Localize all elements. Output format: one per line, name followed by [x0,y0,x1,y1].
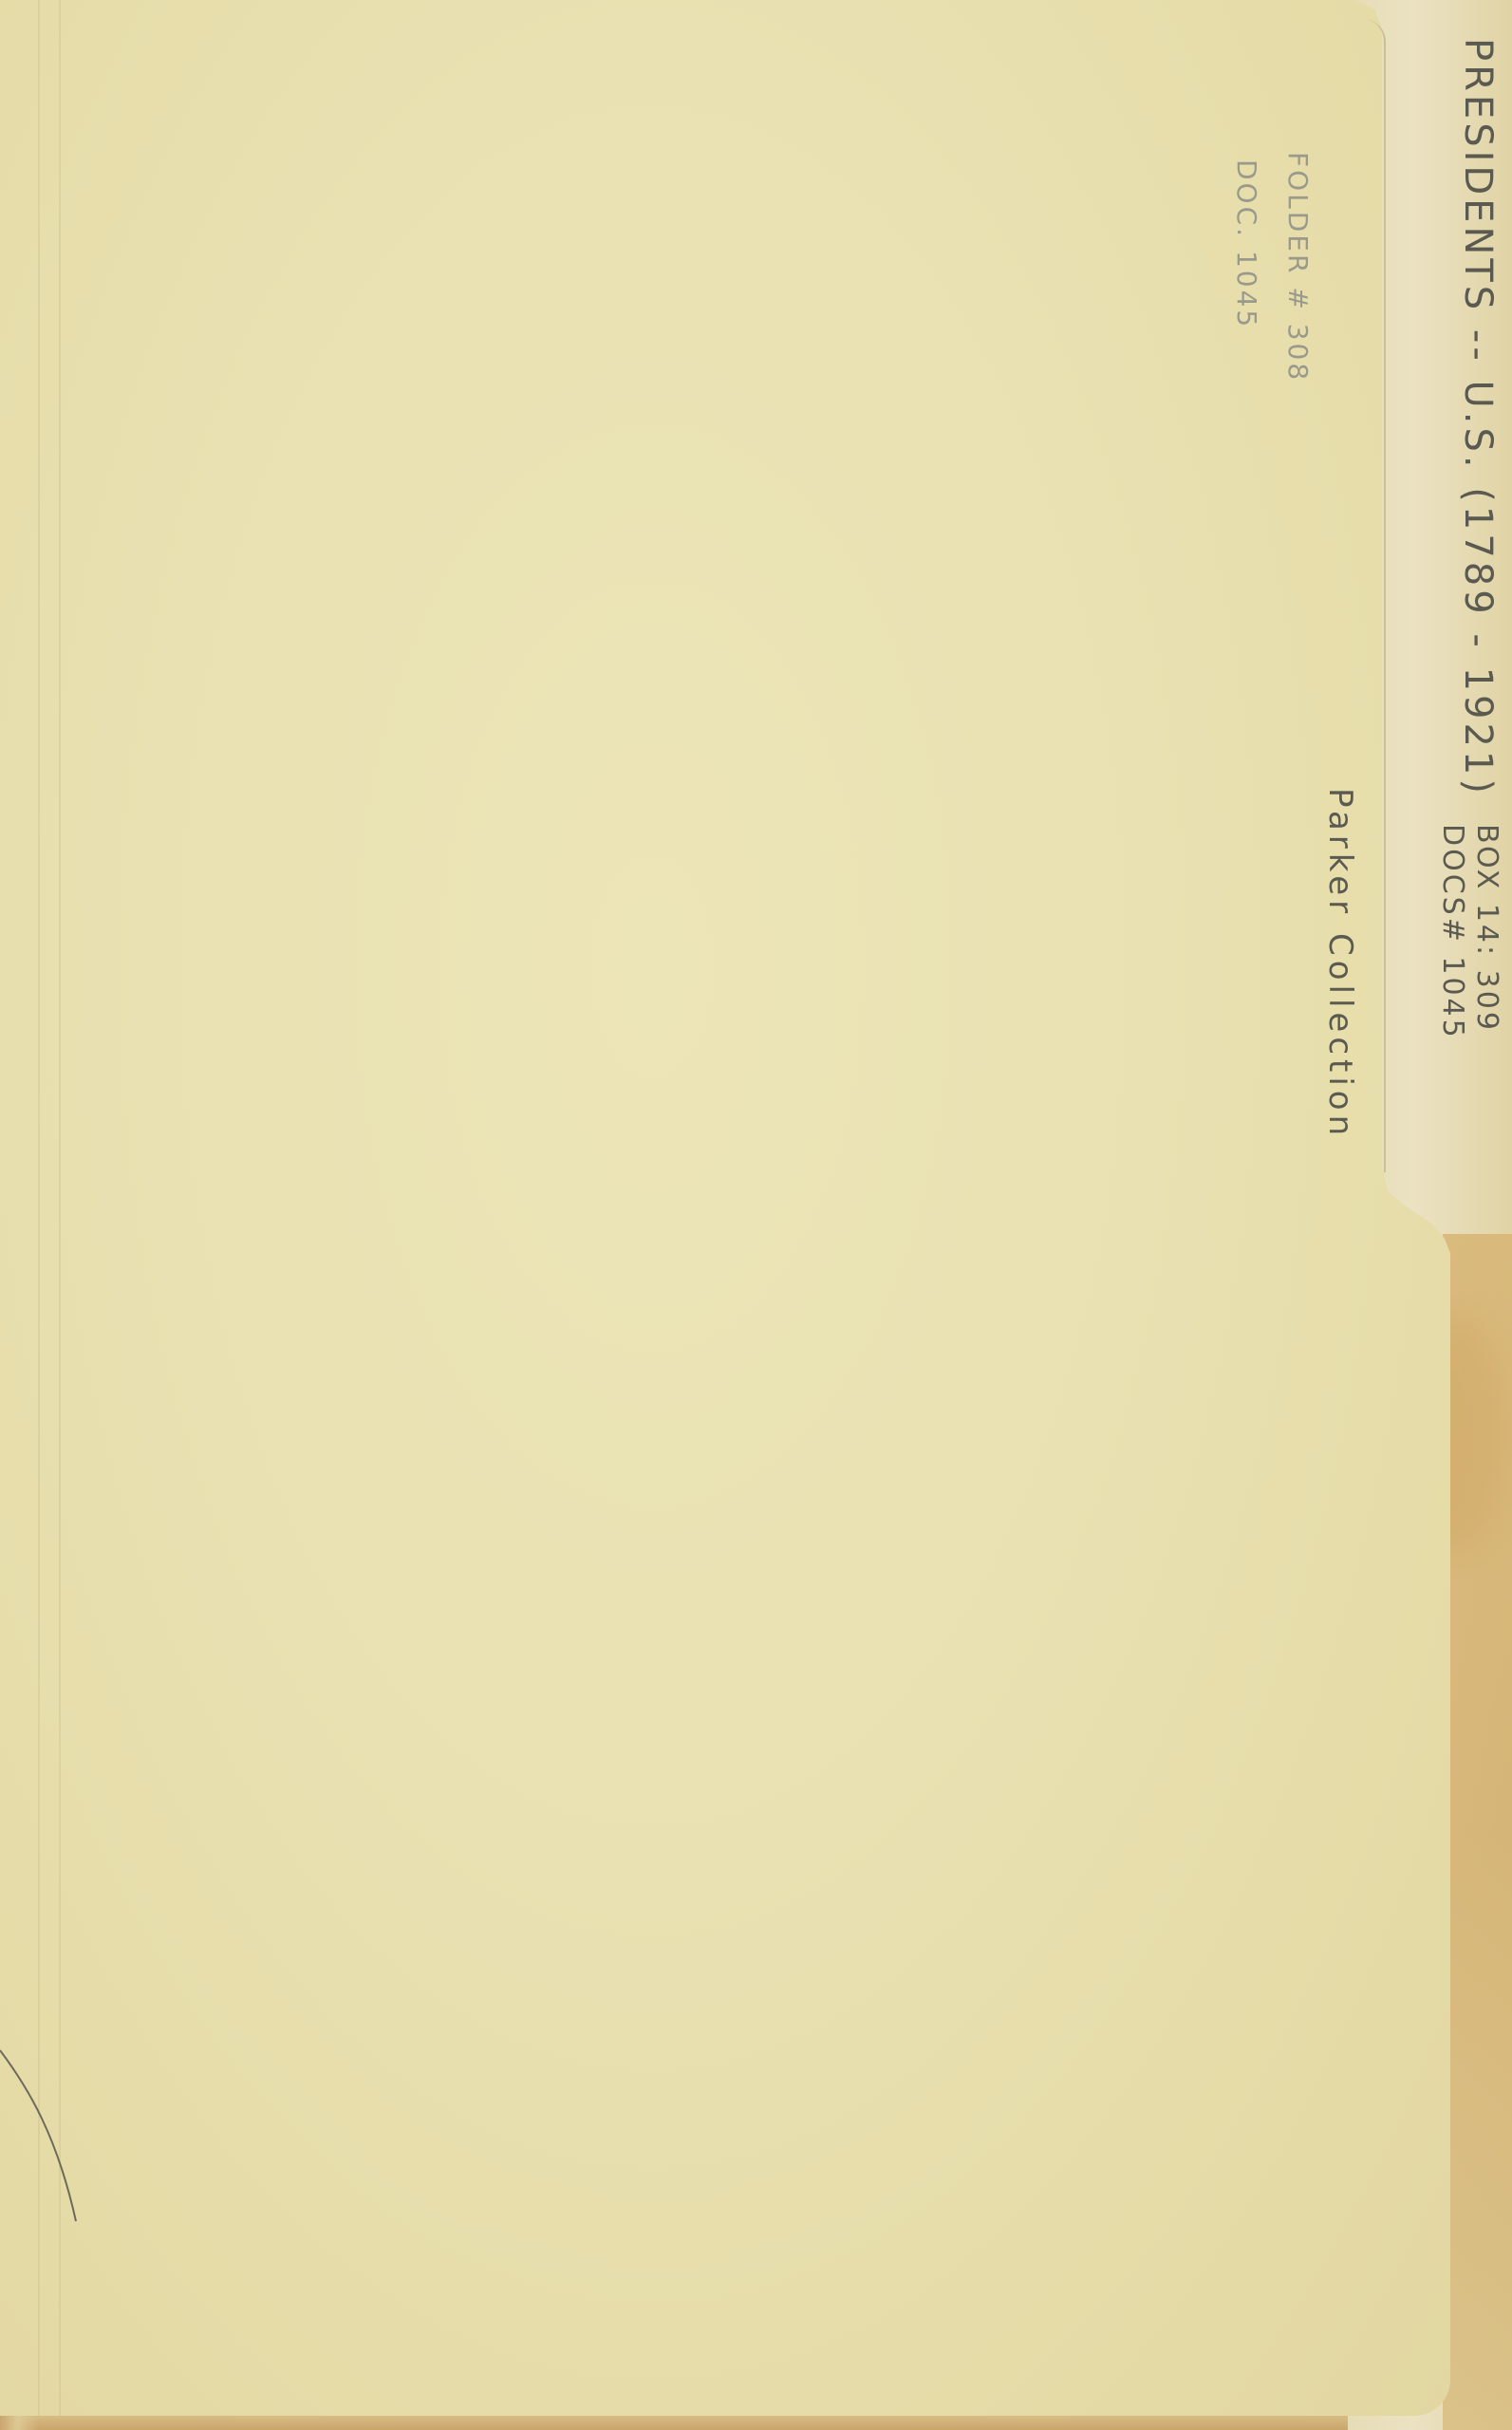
pencil-scratch-mark [0,2041,85,2231]
folder-front-panel [0,0,1450,2416]
tab-label: PRESIDENTS -- U.S. (1789 - 1921) [1456,38,1500,797]
collection-note: Parker Collection [1321,788,1359,1140]
folder-tab-edge [1363,19,1386,1172]
tab-docs-number: DOCS# 1045 [1436,824,1469,1040]
folder-number-note: FOLDER # 308 [1282,152,1314,383]
tab-box-number: BOX 14: 309 [1470,824,1503,1033]
doc-number-note: DOC. 1045 [1231,159,1262,329]
